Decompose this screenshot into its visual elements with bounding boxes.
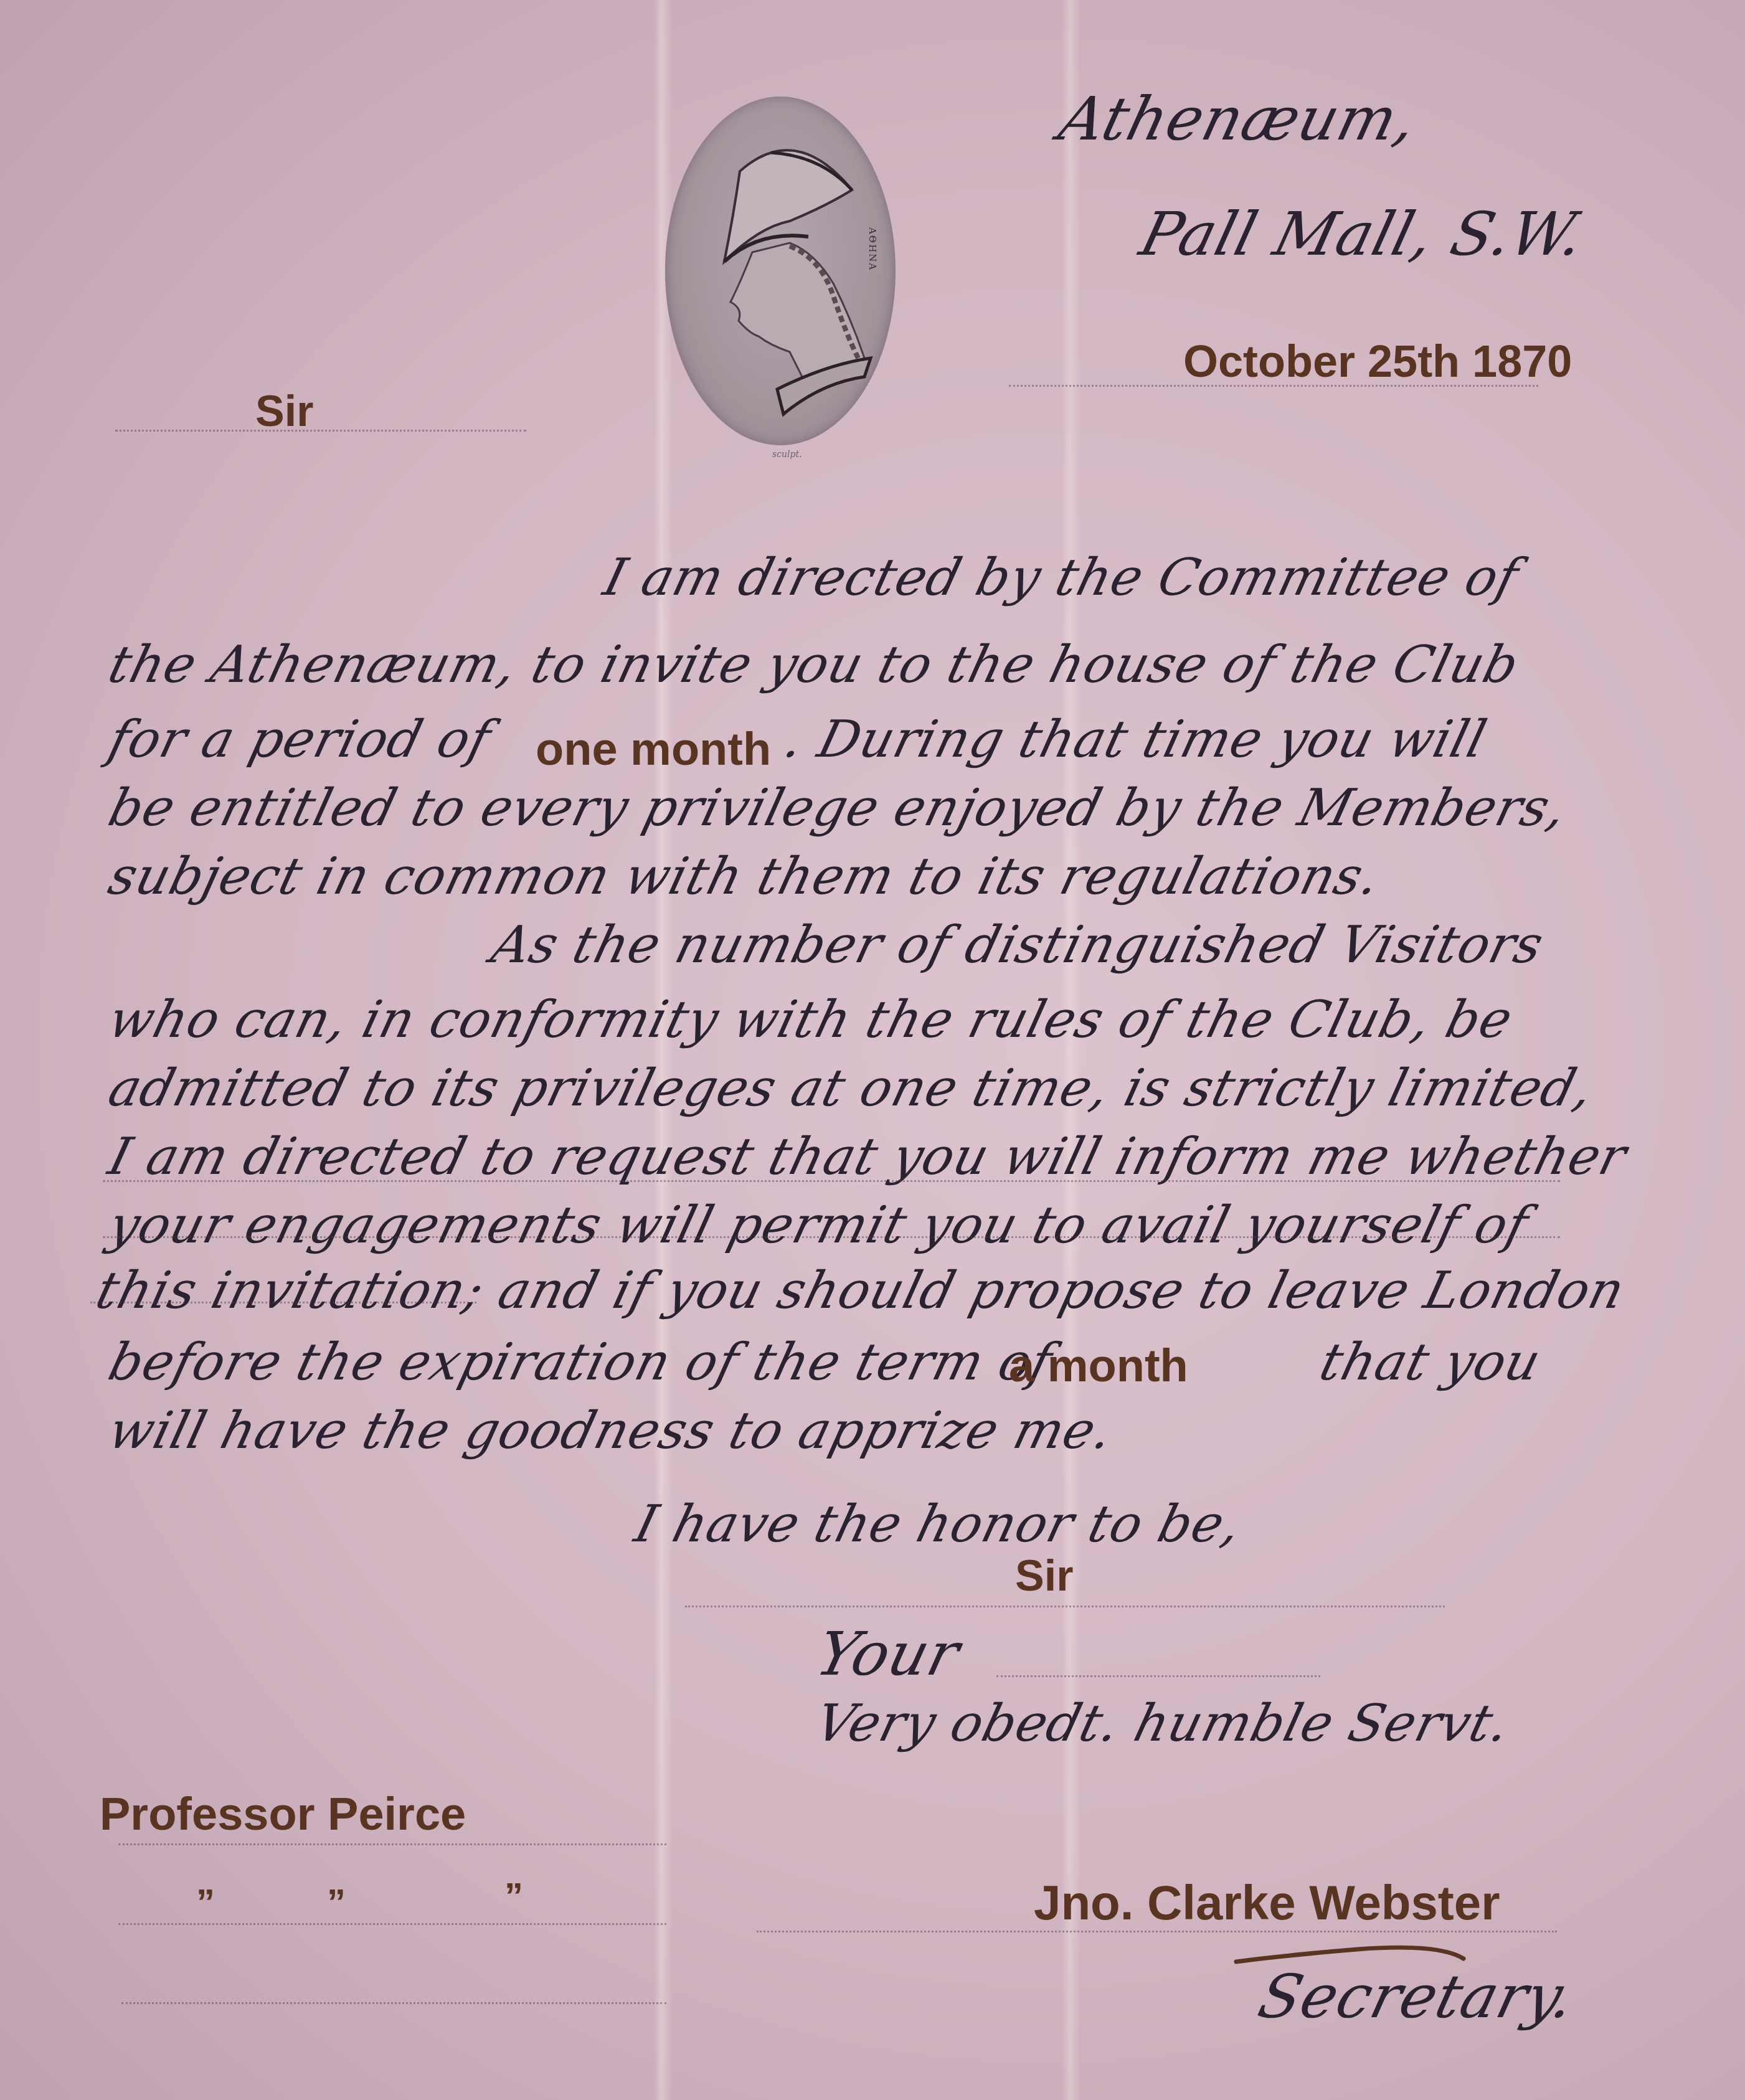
addressee-rule-3: [121, 2002, 666, 2004]
body-line-7: who can, in conformity with the rules of…: [103, 990, 1518, 1049]
body-rule-3: [90, 1302, 476, 1303]
body-line-13: will have the goodness to apprize me.: [103, 1401, 1119, 1460]
secretary-signature: Jno. Clarke Webster: [1034, 1875, 1500, 1931]
salutation-rule: [115, 430, 526, 432]
salutation: Sir: [255, 386, 313, 436]
ditto-mark-1: ”: [196, 1881, 215, 1924]
engraver-signature: sculpt.: [772, 450, 802, 460]
addressee-name: Professor Peirce: [100, 1787, 466, 1840]
closing-your: Your: [810, 1619, 967, 1689]
body-line-3b: . During that time you will: [778, 710, 1493, 769]
body-line-4: be entitled to every privilege enjoyed b…: [103, 778, 1573, 838]
closing-sir-rule: [685, 1606, 1445, 1607]
secretary-title: Secretary.: [1252, 1962, 1582, 2031]
letter-sheet: ΑΘΗΝΑ sculpt. Athenæum, Pall Mall, S.W. …: [0, 0, 1745, 2100]
closing-servant-line: Very obedt. humble Servt.: [810, 1694, 1516, 1753]
club-name: Athenæum,: [1052, 84, 1424, 154]
body-line-2: the Athenæum, to invite you to the house…: [103, 635, 1525, 694]
body-line-12: before the expiration of the term of: [103, 1333, 1058, 1392]
athena-cameo-emblem: ΑΘΗΝΑ: [665, 97, 896, 445]
letter-date: October 25th 1870: [1183, 336, 1572, 387]
ditto-mark-2: ”: [327, 1881, 346, 1924]
fill-in-term: a month: [1009, 1339, 1188, 1392]
ditto-mark-3: ”: [504, 1875, 523, 1918]
body-rule-2: [103, 1236, 1560, 1238]
closing-sir: Sir: [1015, 1551, 1073, 1601]
cameo-inscription: ΑΘΗΝΑ: [867, 227, 878, 271]
closing-honor-line: I have the honor to be,: [629, 1495, 1247, 1554]
body-line-8: admitted to its privileges at one time, …: [103, 1059, 1599, 1118]
athena-profile-icon: [665, 97, 896, 445]
addressee-rule-1: [118, 1843, 666, 1845]
body-line-10: your engagements will permit you to avai…: [103, 1196, 1535, 1255]
closing-your-rule: [996, 1675, 1320, 1677]
body-rule-1: [103, 1180, 1560, 1182]
body-line-1: I am directed by the Committee of: [598, 548, 1525, 607]
fill-in-period: one month: [536, 722, 771, 775]
body-line-12b: that you: [1314, 1333, 1547, 1392]
body-line-9: I am directed to request that you will i…: [103, 1127, 1633, 1186]
body-line-3: for a period of: [103, 710, 497, 769]
addressee-rule-2: [118, 1923, 666, 1925]
club-address: Pall Mall, S.W.: [1133, 199, 1592, 269]
body-line-11: this invitation; and if you should propo…: [90, 1261, 1630, 1320]
body-line-6: As the number of distinguished Visitors: [486, 915, 1549, 975]
body-line-5: subject in common with them to its regul…: [103, 847, 1386, 906]
